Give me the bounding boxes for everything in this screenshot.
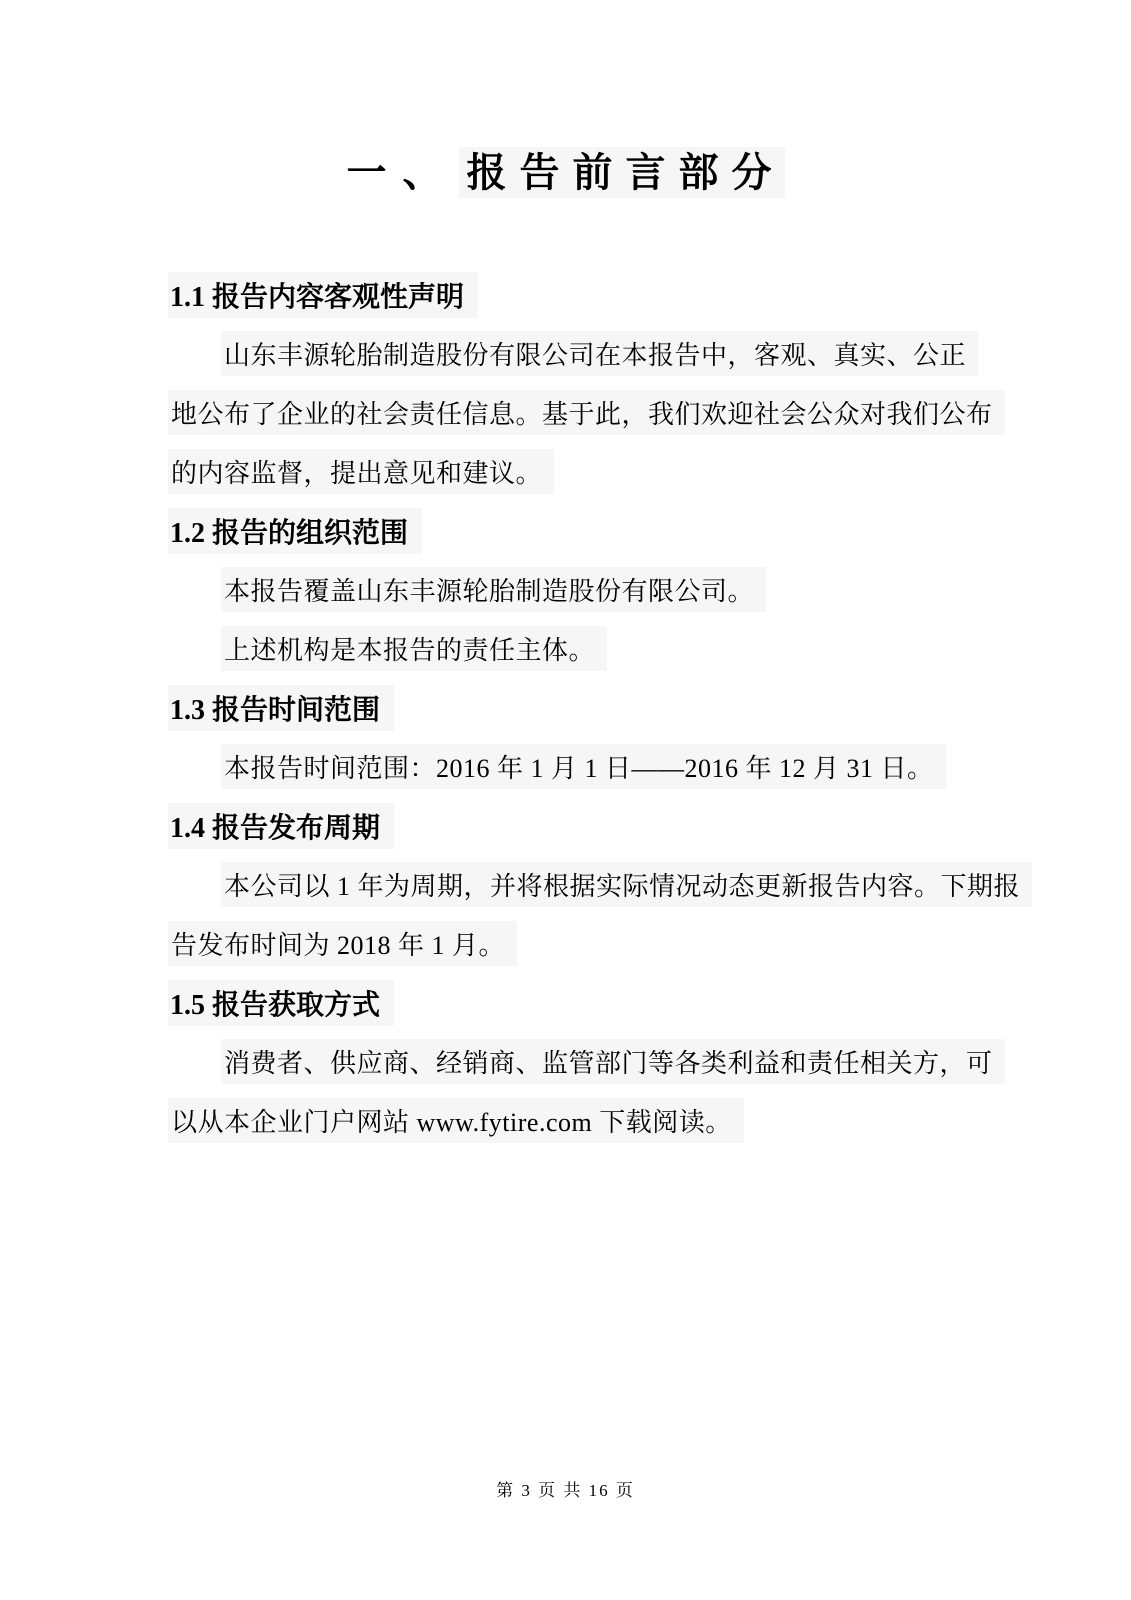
paragraph-line: 本报告时间范围：2016 年 1 月 1 日——2016 年 12 月 31 日…: [168, 737, 981, 796]
document-title: 一、报告前言部分: [0, 0, 1131, 204]
section-heading-1-3: 1.3 报告时间范围: [168, 678, 981, 737]
document-page: 一、报告前言部分 1.1 报告内容客观性声明 山东丰源轮胎制造股份有限公司在本报…: [0, 0, 1131, 1600]
document-title-text: 报告前言部分: [459, 147, 785, 198]
section-heading-text: 1.5 报告获取方式: [168, 980, 394, 1026]
paragraph-line: 地公布了企业的社会责任信息。基于此，我们欢迎社会公众对我们公布: [168, 383, 981, 442]
section-heading-1-5: 1.5 报告获取方式: [168, 973, 981, 1032]
paragraph-line: 的内容监督，提出意见和建议。: [168, 442, 981, 501]
section-heading-text: 1.3 报告时间范围: [168, 685, 394, 731]
paragraph-line: 告发布时间为 2018 年 1 月。: [168, 914, 981, 973]
section-heading-1-1: 1.1 报告内容客观性声明: [168, 265, 981, 324]
paragraph-line: 以从本企业门户网站 www.fytire.com 下载阅读。: [168, 1091, 981, 1150]
page-number-footer: 第 3 页 共 16 页: [0, 1476, 1131, 1501]
paragraph-line: 山东丰源轮胎制造股份有限公司在本报告中，客观、真实、公正: [168, 324, 981, 383]
document-title-number: 一、: [347, 150, 459, 195]
paragraph-line: 消费者、供应商、经销商、监管部门等各类利益和责任相关方，可: [168, 1032, 981, 1091]
section-heading-text: 1.1 报告内容客观性声明: [168, 272, 478, 318]
document-body: 1.1 报告内容客观性声明 山东丰源轮胎制造股份有限公司在本报告中，客观、真实、…: [168, 265, 981, 1150]
paragraph-line: 本报告覆盖山东丰源轮胎制造股份有限公司。: [168, 560, 981, 619]
section-heading-1-4: 1.4 报告发布周期: [168, 796, 981, 855]
paragraph-line: 上述机构是本报告的责任主体。: [168, 619, 981, 678]
section-heading-text: 1.2 报告的组织范围: [168, 508, 422, 554]
paragraph-line: 本公司以 1 年为周期，并将根据实际情况动态更新报告内容。下期报: [168, 855, 981, 914]
section-heading-1-2: 1.2 报告的组织范围: [168, 501, 981, 560]
section-heading-text: 1.4 报告发布周期: [168, 803, 394, 849]
